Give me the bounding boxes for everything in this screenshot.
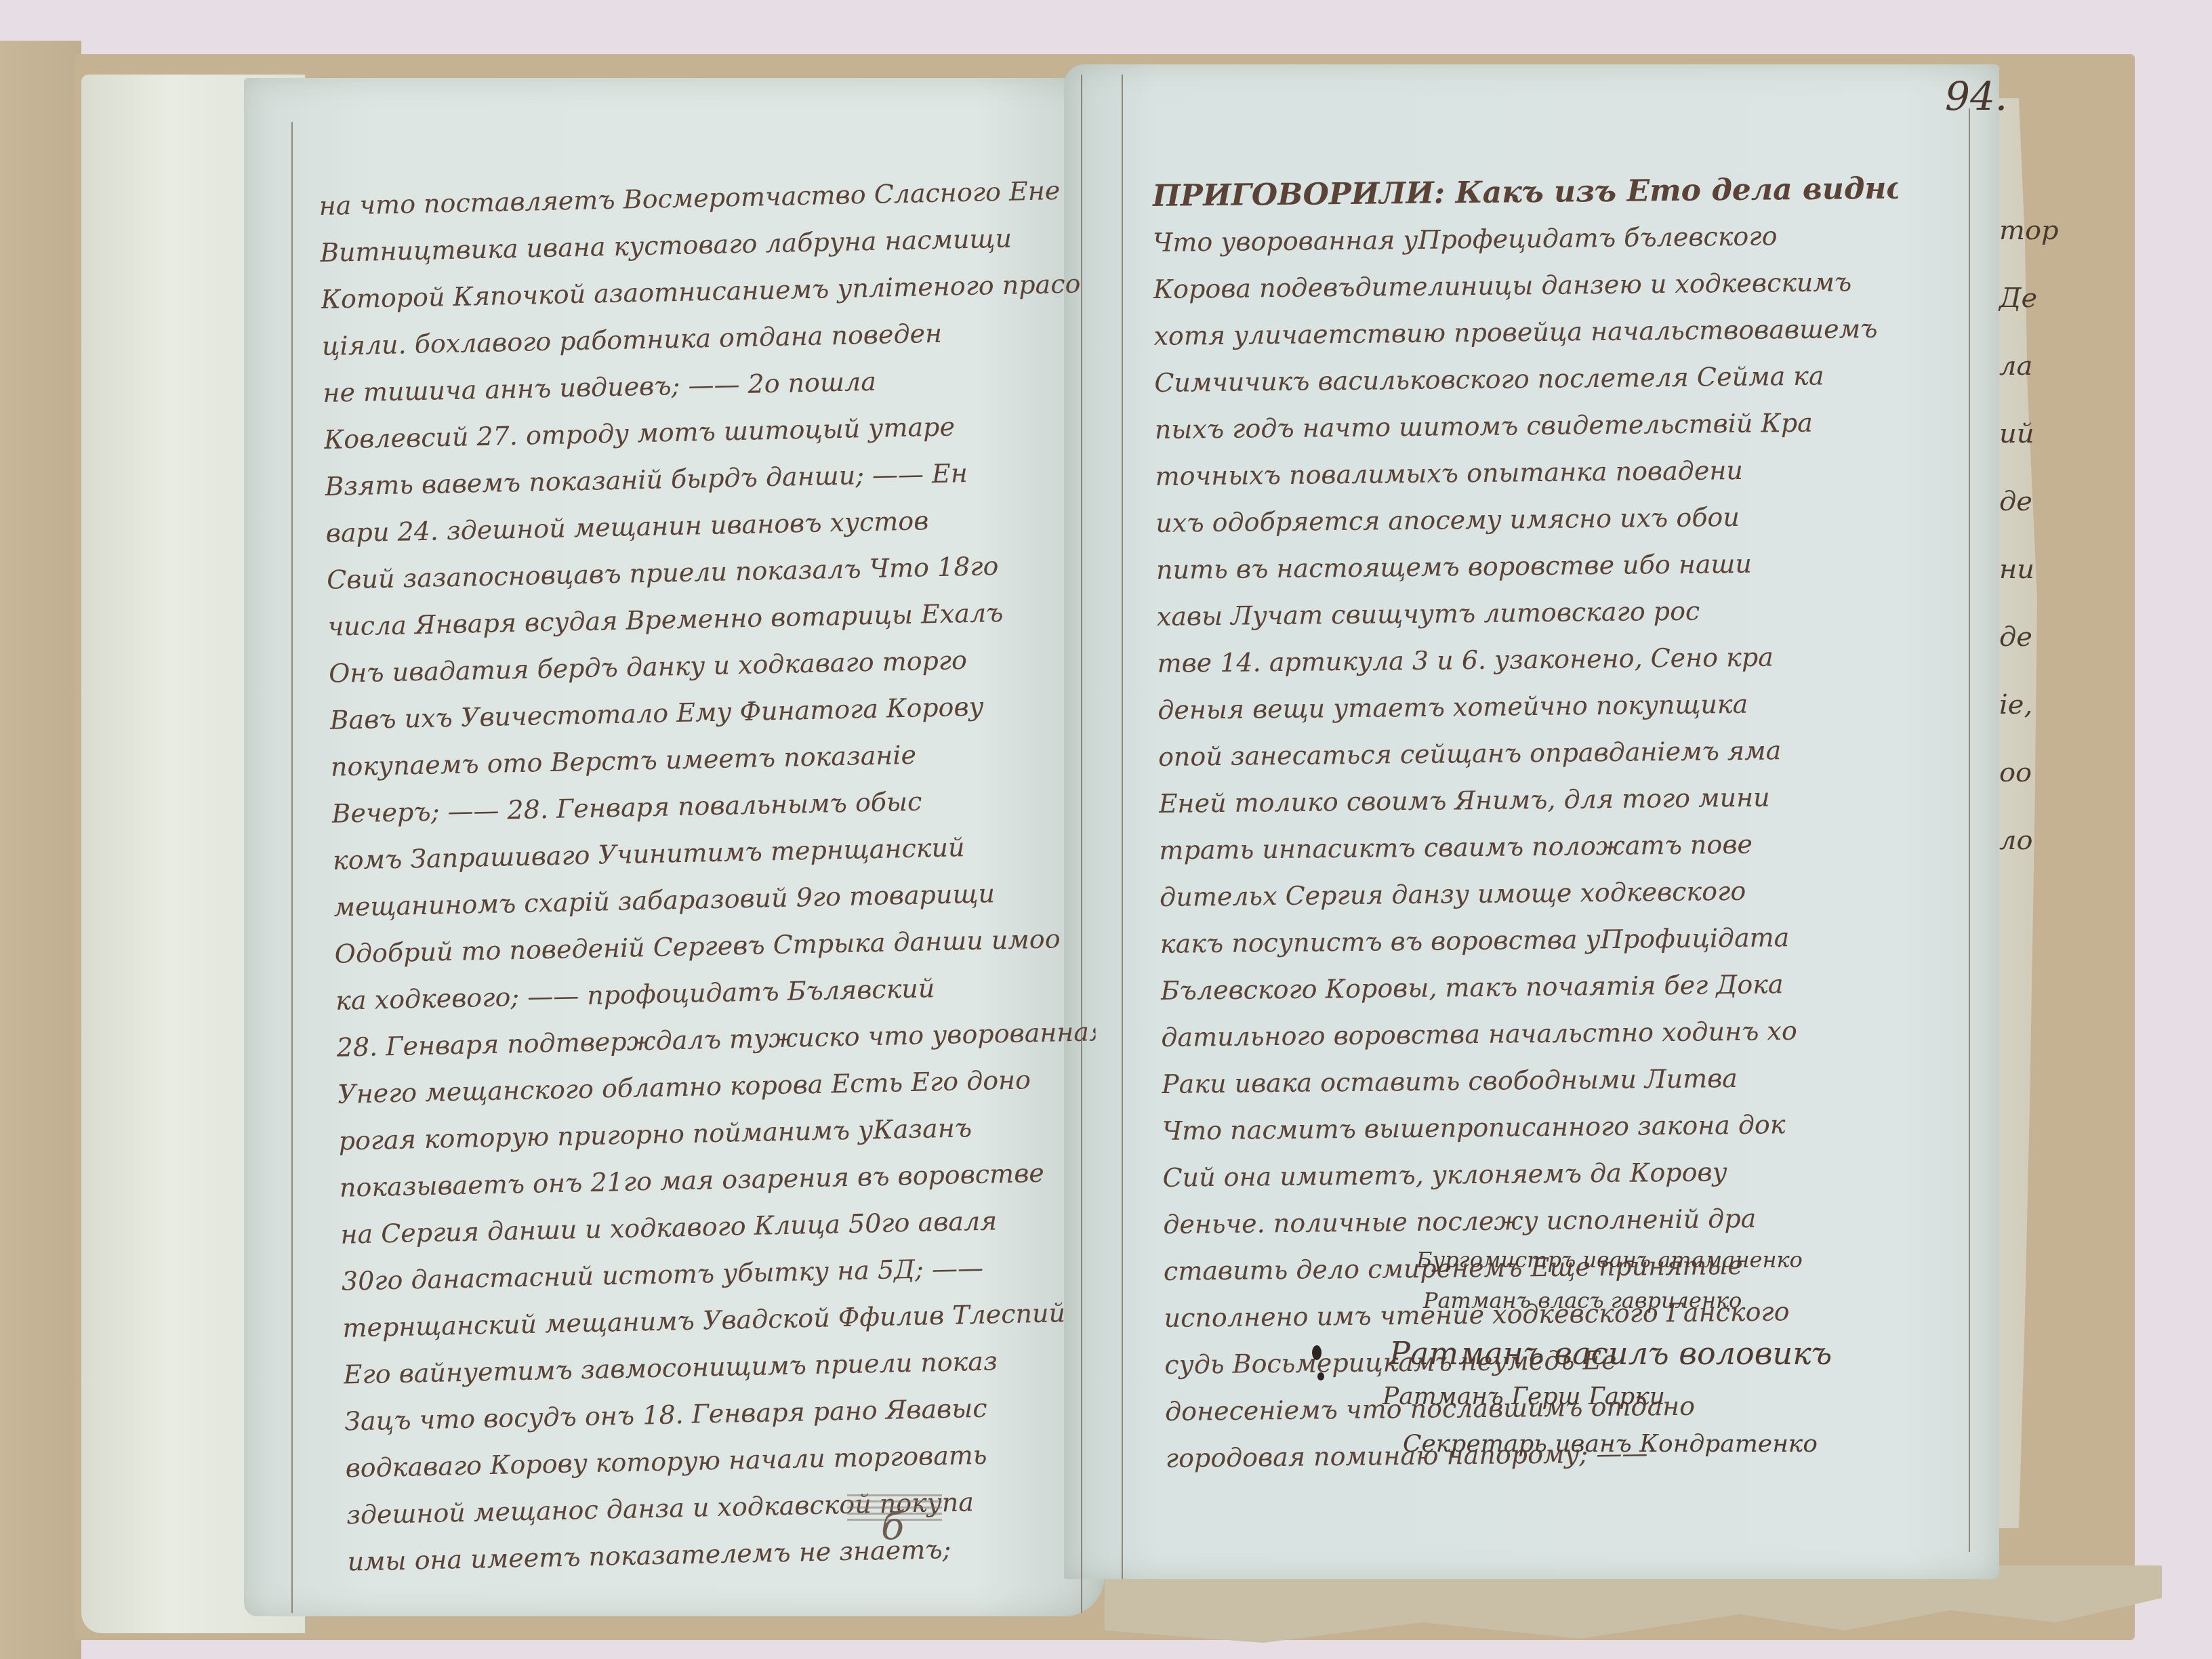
text-line: Что пасмитъ вышепрописанного закона док — [1162, 1100, 1908, 1155]
ink-blot — [1312, 1345, 1322, 1360]
text-line: хотя уличаетствию провейца начальствовав… — [1153, 305, 1900, 360]
text-line: Корова подевъдителиницы данзею и ходкевс… — [1153, 258, 1899, 313]
left-page-margin-rule — [291, 122, 293, 1613]
text-line: трать инпасиктъ сваимъ положатъ пове — [1159, 819, 1905, 874]
fragment-text: оо — [1999, 739, 2059, 806]
text-line: точныхъ повалимыхъ опытанка повадени — [1155, 445, 1901, 500]
text-line: Что уворованная уПрофецидатъ бълевского — [1153, 211, 1899, 266]
fragment-text: де — [1999, 468, 2059, 535]
text-line: деныя вещи утаетъ хотейчно покупщика — [1158, 679, 1904, 734]
text-line: опой занесаться сейщанъ оправданіемъ яма — [1158, 726, 1904, 781]
text-line: тве 14. артикула 3 и 6. узаконено, Сено … — [1157, 632, 1903, 687]
signature-ratman-3: Ратманъ Герш Гарки — [1382, 1382, 1832, 1430]
page-mark: б — [881, 1504, 904, 1549]
fragment-text: ло — [1999, 806, 2059, 874]
right-page-margin-rule — [1122, 75, 1123, 1579]
text-line: ихъ одобряется апосему имясно ихъ обои — [1155, 492, 1902, 547]
fragment-text: ий — [1999, 400, 2059, 468]
text-line: Сий она имитетъ, уклоняемъ да Корову — [1162, 1147, 1908, 1202]
signature-burgomaster: Бургомистръ иванъ атаманенко — [1416, 1247, 1832, 1288]
signature-ratman-2: Ратманъ василъ воловикъ — [1389, 1335, 1832, 1382]
text-line: Бълевского Коровы, такъ почаятія бег Док… — [1160, 960, 1906, 1015]
fragment-text: тор — [1999, 197, 2059, 264]
signature-ratman-1: Ратманъ власъ гавриленко — [1423, 1288, 1832, 1335]
text-line: Раки ивака оставить свободными Литва — [1162, 1053, 1908, 1108]
text-line: Еней толико своимъ Янимъ, для того мини — [1158, 773, 1904, 827]
fragment-text: Де — [1999, 264, 2059, 332]
signature-block: Бургомистръ иванъ атаманенко Ратманъ вла… — [1382, 1247, 1832, 1477]
fragment-text: ни — [1999, 535, 2059, 603]
text-line: пить въ настоящемъ воровстве ибо наши — [1156, 539, 1902, 594]
backing-board-left — [0, 41, 81, 1659]
right-page-right-rule — [1969, 108, 1970, 1552]
text-line: дительх Сергия данзу имоще ходкевского — [1160, 866, 1906, 921]
heading-line: ПРИГОВОРИЛИ: Какъ изъ Ето дела видно — [1152, 165, 1898, 220]
text-line: хавы Лучат свищчутъ литовскаго рос — [1157, 586, 1903, 640]
folio-number: 94. — [1945, 73, 2007, 119]
ink-blot — [1317, 1372, 1324, 1380]
text-line: деньче. поличные послежу исполненій дра — [1163, 1193, 1909, 1248]
signature-secretary: Секретарь иванъ Кондратенко — [1403, 1430, 1832, 1477]
text-line: Симчичикъ васильковского послетеля Сейма… — [1154, 352, 1900, 407]
text-line: пыхъ годъ начто шитомъ свидетельствій Кр… — [1155, 398, 1901, 453]
fragment-text: ie, — [1999, 671, 2059, 739]
left-page-text: на что поставляетъ Восмеротчаство Сласно… — [319, 167, 1107, 1586]
fragment-text: де — [1999, 603, 2059, 671]
fragment-text: ла — [1999, 332, 2059, 400]
text-line: какъ посупистъ въ воровства уПрофицідата — [1160, 913, 1906, 968]
text-line: датильного воровства начальстно ходинъ х… — [1161, 1006, 1907, 1061]
underlying-page-letters: тор Де ла ий де ни де ie, оо ло — [1999, 197, 2059, 874]
